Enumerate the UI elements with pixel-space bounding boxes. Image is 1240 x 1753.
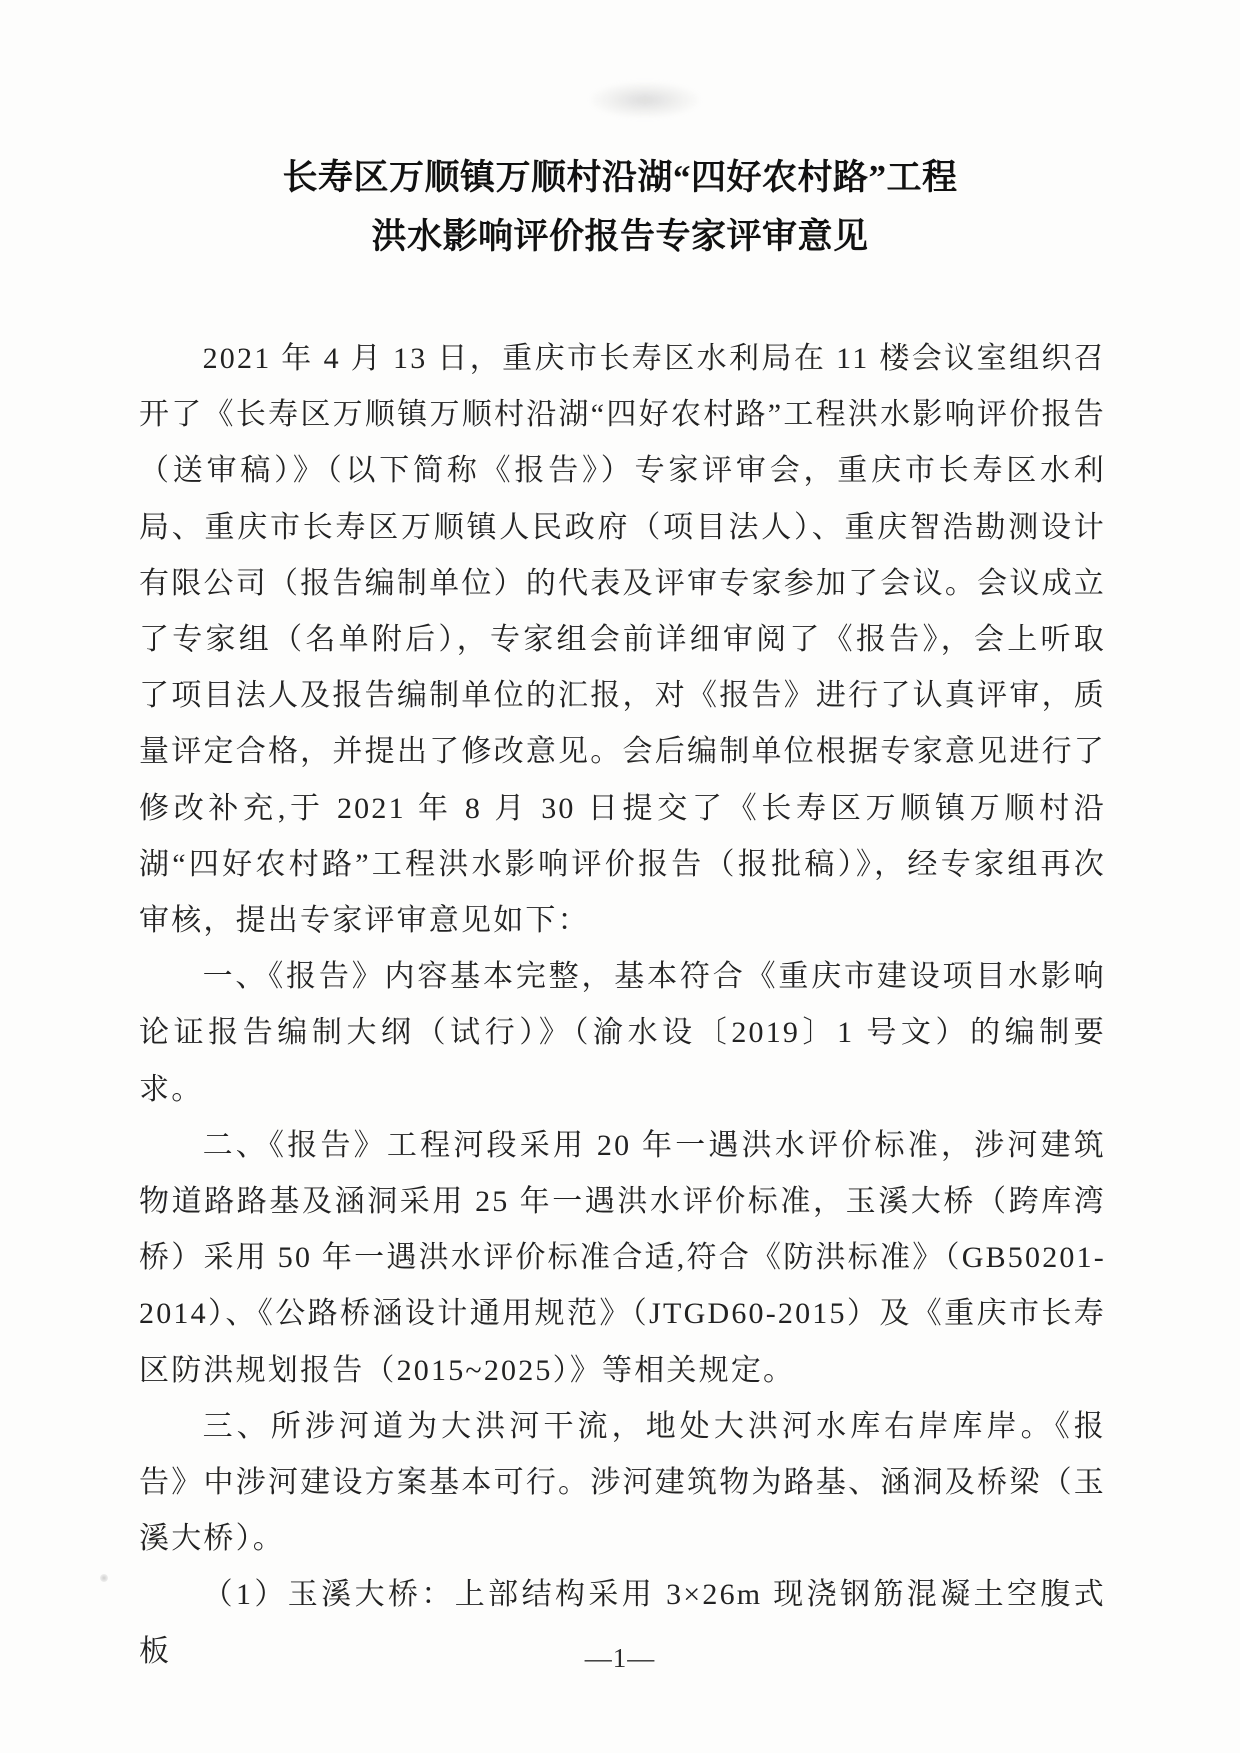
page-footer: —1— (0, 1643, 1240, 1674)
document-title-line-2: 洪水影响评价报告专家评审意见 (0, 207, 1240, 266)
paragraph-opinion-1: 一、《报告》内容基本完整，基本符合《重庆市建设项目水影响论证报告编制大纲（试行）… (139, 949, 1106, 1118)
document-title: 长寿区万顺镇万顺村沿湖“四好农村路”工程 洪水影响评价报告专家评审意见 (0, 148, 1240, 266)
page-number: —1— (585, 1643, 656, 1673)
paragraph-opinion-2: 二、《报告》工程河段采用 20 年一遇洪水评价标准，涉河建筑物道路路基及涵洞采用… (139, 1118, 1106, 1399)
document-body: 2021 年 4 月 13 日，重庆市长寿区水利局在 11 楼会议室组织召开了《… (139, 331, 1106, 1680)
scanned-document-page: 长寿区万顺镇万顺村沿湖“四好农村路”工程 洪水影响评价报告专家评审意见 2021… (0, 0, 1240, 1753)
document-title-line-1: 长寿区万顺镇万顺村沿湖“四好农村路”工程 (0, 148, 1240, 207)
scan-speck-artifact (100, 1574, 108, 1582)
paragraph-opinion-3: 三、所涉河道为大洪河干流，地处大洪河水库右岸库岸。《报告》中涉河建设方案基本可行… (139, 1399, 1106, 1568)
scan-smudge-artifact (590, 82, 700, 118)
paragraph-intro: 2021 年 4 月 13 日，重庆市长寿区水利局在 11 楼会议室组织召开了《… (139, 331, 1106, 949)
